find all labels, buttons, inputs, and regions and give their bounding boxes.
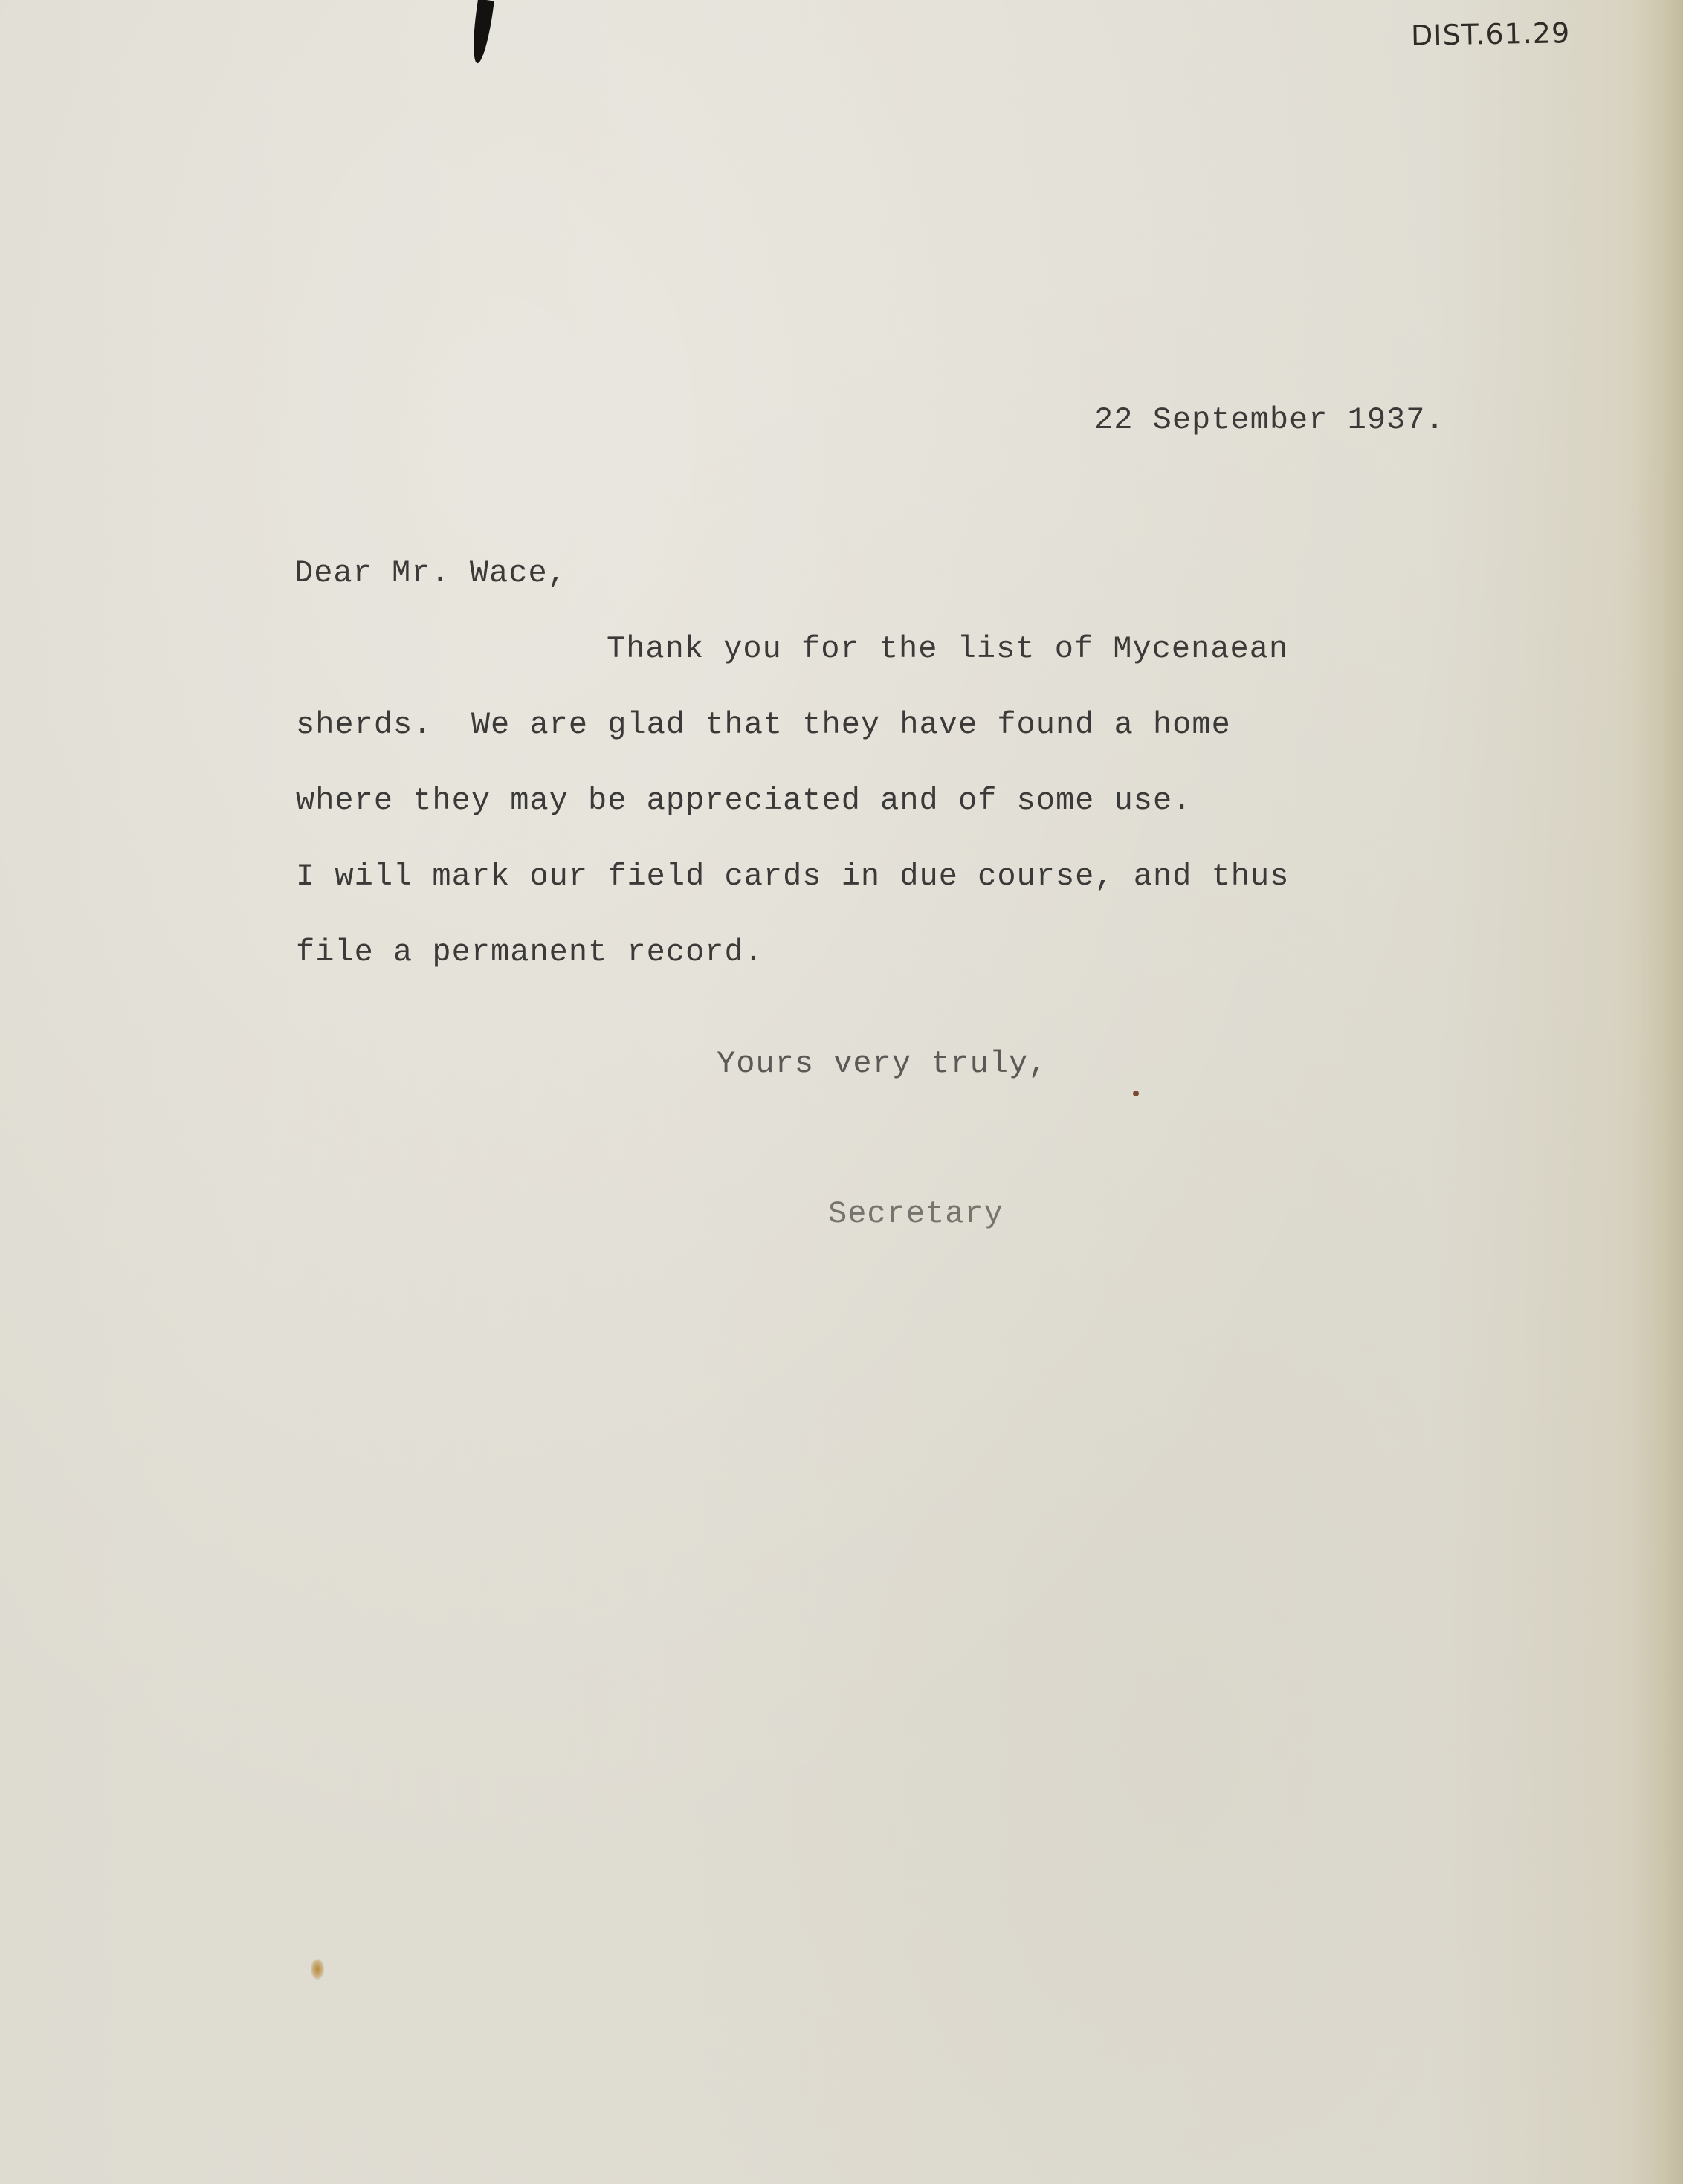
paper-edge-shadow — [1631, 0, 1683, 2184]
salutation: Dear Mr. Wace, — [294, 558, 567, 589]
ink-dot — [1133, 1091, 1139, 1096]
pen-mark — [469, 0, 494, 65]
archive-reference: DIST.61.29 — [1411, 16, 1571, 52]
body-line-2: sherds. We are glad that they have found… — [296, 709, 1231, 740]
paper-stain — [311, 1959, 324, 1980]
closing: Yours very truly, — [717, 1048, 1047, 1079]
letter-date: 22 September 1937. — [1094, 404, 1445, 436]
body-line-3: where they may be appreciated and of som… — [296, 785, 1192, 816]
body-line-5: file a permanent record. — [296, 937, 763, 968]
signature-title: Secretary — [828, 1198, 1004, 1230]
body-line-4: I will mark our field cards in due cours… — [296, 861, 1289, 892]
body-line-1: Thank you for the list of Mycenaean — [607, 633, 1288, 665]
letter-page: DIST.61.29 22 September 1937. Dear Mr. W… — [0, 0, 1683, 2184]
